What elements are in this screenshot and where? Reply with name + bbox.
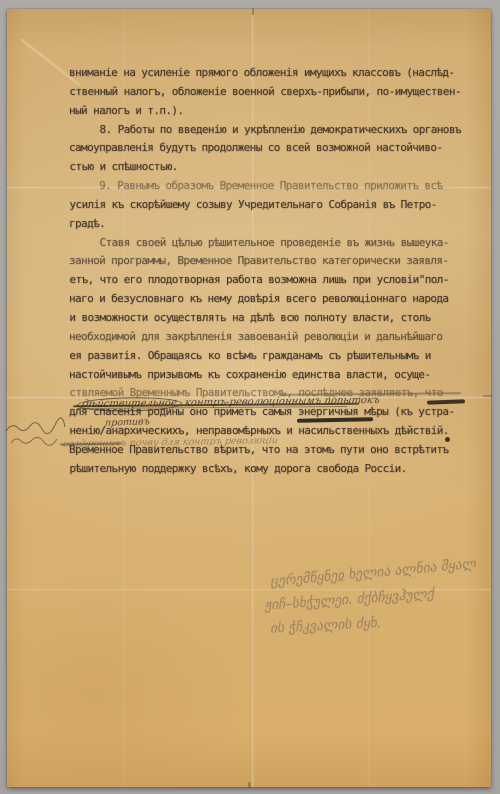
edge-tear-right xyxy=(483,395,492,397)
typed-line: Ставя своей цѣлью рѣшительное проведеніе… xyxy=(69,234,469,253)
typed-line: необходимой для закрѣпленія завоеваній р… xyxy=(69,328,469,347)
georgian-pencil-note-line3: ის ჭჩკვალის ძყხ. xyxy=(270,615,382,637)
typed-line: усилія къ скорѣйшему созыву Учредительна… xyxy=(69,196,469,215)
typed-line: ствляемой Временнымъ Правительствомъ, по… xyxy=(69,384,469,403)
georgian-pencil-note-line1: ცერემწყნეჲ ხელია ალნია მყალ xyxy=(270,556,477,590)
document-page: вниманіе на усиленіе прямого обложенія и… xyxy=(7,9,491,787)
typed-line: ственный налогъ, обложеніе военной сверх… xyxy=(69,83,469,102)
edge-tear-top xyxy=(252,8,254,15)
typed-line: вниманіе на усиленіе прямого обложенія и… xyxy=(69,64,469,83)
typed-line: наго и безусловнаго къ нему довѣрія всег… xyxy=(69,290,469,309)
typed-line: ненію/анархическихъ, неправомѣрныхъ и на… xyxy=(69,422,469,441)
typed-line: Временное Правительство вѣритъ, что на э… xyxy=(69,441,469,460)
typed-line: градѣ. xyxy=(69,215,469,234)
edge-tear-bottom xyxy=(248,782,251,788)
georgian-pencil-note-line2: ჟიჩ–სხჭულეი. ძქბჩყვჰულქ xyxy=(264,586,435,614)
typed-line: и возможности осуществлять на дѣлѣ всю п… xyxy=(69,309,469,328)
typed-line: стью и спѣшностью. xyxy=(69,158,469,177)
typed-line: ея развитія. Обращаясь ко всѣмъ граждана… xyxy=(69,347,469,366)
typed-text-block: вниманіе на усиленіе прямого обложенія и… xyxy=(69,64,469,479)
typed-line: настойчивымъ призывомъ къ сохраненію еди… xyxy=(69,366,469,385)
typed-line: для спасенія родины оно приметъ самыя эн… xyxy=(69,403,469,422)
typed-line: рѣшительную поддержку всѣхъ, кому дорога… xyxy=(69,460,469,479)
typed-line: 8. Работы по введенію и укрѣпленію демок… xyxy=(69,121,469,140)
typed-line: самоуправленія будутъ продолжены со всей… xyxy=(69,139,469,158)
typed-line: етъ, что его плодотворная работа возможн… xyxy=(69,271,469,290)
typed-line: ный налогъ и т.п.). xyxy=(69,102,469,121)
scan-background: вниманіе на усиленіе прямого обложенія и… xyxy=(0,0,500,794)
margin-scribble xyxy=(3,417,69,459)
typed-line: занной программы, Временное Правительств… xyxy=(69,252,469,271)
typed-line: 9. Равнымъ образомъ Временное Правительс… xyxy=(69,177,469,196)
ink-blot xyxy=(445,437,450,442)
